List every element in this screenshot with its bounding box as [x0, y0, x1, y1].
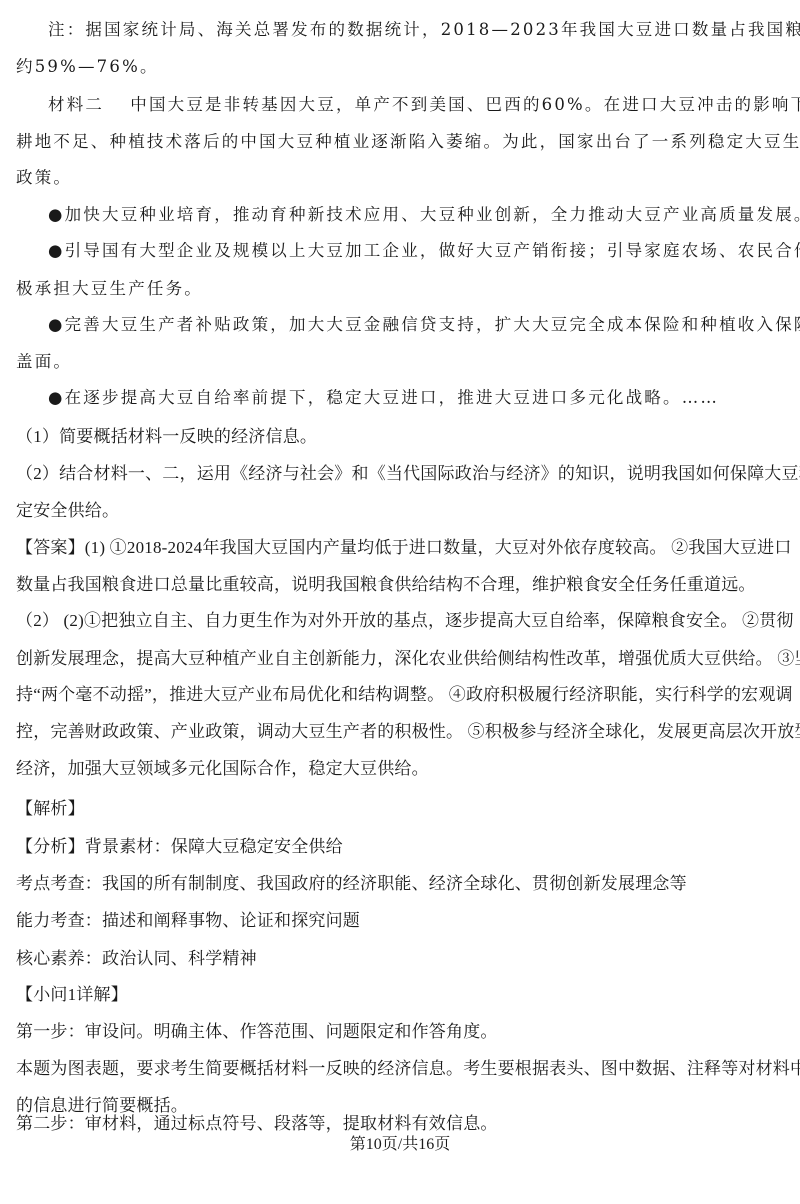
bullet-3-line-2: 盖面。	[16, 351, 776, 373]
answer-1-line-2: 数量占我国粮食进口总量比重较高，说明我国粮食供给结构不合理，维护粮食安全任务任重…	[16, 574, 776, 596]
material2-line-3: 政策。	[16, 167, 776, 189]
answer-2-line-5: 经济，加强大豆领域多元化国际合作，稳定大豆供给。	[16, 758, 776, 780]
sub-question-1-heading: 【小问1详解】	[16, 984, 776, 1006]
answer-2-line-2: 创新发展理念，提高大豆种植产业自主创新能力，深化农业供给侧结构性改革，增强优质大…	[16, 648, 776, 670]
bullet-3-line-1: ●完善大豆生产者补贴政策，加大大豆金融信贷支持，扩大大豆完全成本保险和种植收入保…	[48, 314, 776, 336]
analysis-kaodian: 考点考查：我国的所有制制度、我国政府的经济职能、经济全球化、贯彻创新发展理念等	[16, 873, 776, 895]
answer-2-line-3: 持“两个毫不动摇”，推进大豆产业布局优化和结构调整。 ④政府积极履行经济职能，实…	[16, 684, 776, 706]
bullet-2-line-2: 极承担大豆生产任务。	[16, 278, 776, 300]
answer-2-line-4: 控，完善财政政策、产业政策，调动大豆生产者的积极性。 ⑤积极参与经济全球化，发展…	[16, 721, 776, 743]
bullet-4: ●在逐步提高大豆自给率前提下，稳定大豆进口，推进大豆进口多元化战略。……	[48, 387, 776, 409]
question-2-line-2: 定安全供给。	[16, 500, 776, 522]
analysis-heading: 【解析】	[16, 798, 776, 820]
page-number: 第10页/共16页	[0, 1131, 800, 1154]
step-1-desc-line-1: 本题为图表题，要求考生简要概括材料一反映的经济信息。考生要根据表头、图中数据、注…	[16, 1058, 776, 1080]
document-page: 注：据国家统计局、海关总署发布的数据统计，2018—2023年我国大豆进口数量占…	[0, 0, 800, 1204]
bullet-1: ●加快大豆种业培育，推动育种新技术应用、大豆种业创新，全力推动大豆产业高质量发展…	[48, 204, 776, 226]
answer-2-line-1: （2） (2)①把独立自主、自力更生作为对外开放的基点，逐步提高大豆自给率，保障…	[16, 610, 776, 632]
note-line-2: 约59%—76%。	[16, 56, 776, 78]
step-1: 第一步：审设问。明确主体、作答范围、问题限定和作答角度。	[16, 1021, 776, 1043]
note-line-1: 注：据国家统计局、海关总署发布的数据统计，2018—2023年我国大豆进口数量占…	[48, 19, 776, 41]
answer-1-line-1: 【答案】(1) ①2018-2024年我国大豆国内产量均低于进口数量，大豆对外依…	[16, 537, 776, 559]
bullet-2-line-1: ●引导国有大型企业及规模以上大豆加工企业，做好大豆产销衔接；引导家庭农场、农民合…	[48, 240, 776, 262]
analysis-suyang: 核心素养：政治认同、科学精神	[16, 948, 776, 970]
material2-line-2: 耕地不足、种植技术落后的中国大豆种植业逐渐陷入萎缩。为此，国家出台了一系列稳定大…	[16, 131, 776, 153]
question-1: （1）简要概括材料一反映的经济信息。	[16, 426, 776, 448]
question-2-line-1: （2）结合材料一、二，运用《经济与社会》和《当代国际政治与经济》的知识，说明我国…	[16, 463, 776, 485]
analysis-nengli: 能力考查：描述和阐释事物、论证和探究问题	[16, 910, 776, 932]
material2-line-1: 材料二 中国大豆是非转基因大豆，单产不到美国、巴西的60%。在进口大豆冲击的影响…	[48, 94, 776, 116]
analysis-fenxi: 【分析】背景素材：保障大豆稳定安全供给	[16, 836, 776, 858]
